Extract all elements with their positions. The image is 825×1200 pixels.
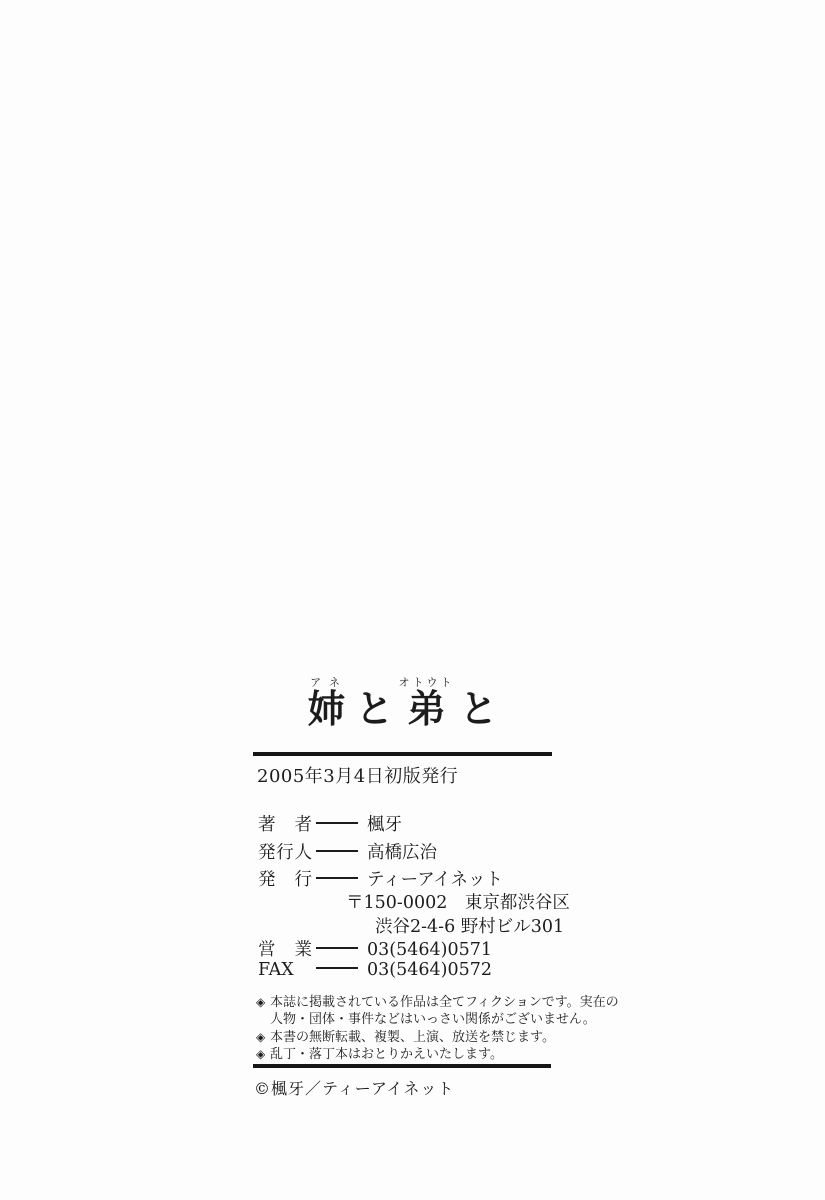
- title-ane-kanji: 姉: [307, 686, 345, 731]
- author-label: 著者: [258, 811, 312, 836]
- title-otouto-furigana: オトウト: [399, 676, 455, 689]
- notice-line: ◈本誌に掲載されている作品は全てフィクションです。実在の: [256, 994, 619, 1011]
- publisher-name: ティーアイネット: [367, 870, 503, 890]
- fax-label: FAX: [258, 960, 312, 980]
- title-divider-rule: [253, 752, 552, 756]
- title-word-otouto: 弟オトウト: [404, 686, 450, 731]
- legal-notices: ◈本誌に掲載されている作品は全てフィクションです。実在の 人物・団体・事件などは…: [256, 994, 619, 1064]
- author-name: 楓牙: [367, 815, 402, 835]
- edition-date: 2005年3月4日初版発行: [257, 762, 458, 788]
- sales-phone-number: 03(5464)0571: [367, 940, 492, 960]
- publisher-person-name: 高橋広治: [367, 843, 437, 863]
- title-particle-2: と: [459, 686, 497, 731]
- notice-text: 乱丁・落丁本はおとりかえいたします。: [270, 1046, 503, 1063]
- diamond-bullet-icon: ◈: [256, 994, 270, 1011]
- dash-line: [316, 877, 358, 879]
- publisher-person-label: 発行人: [258, 839, 312, 864]
- publisher-row: 発行ティーアイネット: [258, 866, 503, 891]
- notice-line: ◈乱丁・落丁本はおとりかえいたします。: [256, 1046, 619, 1063]
- diamond-bullet-icon: ◈: [256, 1029, 270, 1046]
- postal-address-line2: 渋谷2-4-6 野村ビル301: [375, 913, 564, 938]
- dash-line: [316, 850, 358, 852]
- publisher-person-row: 発行人高橋広治: [258, 839, 437, 864]
- notice-text: 本誌に掲載されている作品は全てフィクションです。実在の: [270, 994, 619, 1011]
- fax-number: 03(5464)0572: [367, 960, 492, 980]
- sales-phone-row: 営業03(5464)0571: [258, 936, 492, 961]
- title-word-ane: 姉アネ: [307, 686, 345, 731]
- copyright-line: ©楓牙／ティーアイネット: [254, 1076, 454, 1099]
- postal-address-line1: 〒150-0002 東京都渋谷区: [346, 889, 570, 914]
- notice-text: 本書の無断転載、複製、上演、放送を禁じます。: [270, 1029, 555, 1046]
- dash-line: [316, 967, 358, 969]
- notice-text: 人物・団体・事件などはいっさい関係がございません。: [270, 1011, 596, 1028]
- publisher-label: 発行: [258, 866, 312, 891]
- dash-line: [316, 947, 358, 949]
- fax-row: FAX03(5464)0572: [258, 960, 492, 980]
- bullet-indent: [256, 1011, 270, 1028]
- book-title: 姉アネと弟オトウトと: [253, 676, 552, 729]
- sales-label: 営業: [258, 936, 312, 961]
- notice-line: 人物・団体・事件などはいっさい関係がございません。: [256, 1011, 619, 1028]
- footer-divider-rule: [253, 1064, 551, 1068]
- author-row: 著者楓牙: [258, 811, 402, 836]
- dash-line: [316, 822, 358, 824]
- title-ane-furigana: アネ: [307, 676, 345, 689]
- notice-line: ◈本書の無断転載、複製、上演、放送を禁じます。: [256, 1029, 619, 1046]
- colophon-page: 姉アネと弟オトウトと 2005年3月4日初版発行 著者楓牙 発行人高橋広治 発行…: [0, 0, 825, 1200]
- title-particle-1: と: [355, 686, 393, 731]
- diamond-bullet-icon: ◈: [256, 1046, 270, 1063]
- title-otouto-kanji: 弟: [399, 686, 455, 731]
